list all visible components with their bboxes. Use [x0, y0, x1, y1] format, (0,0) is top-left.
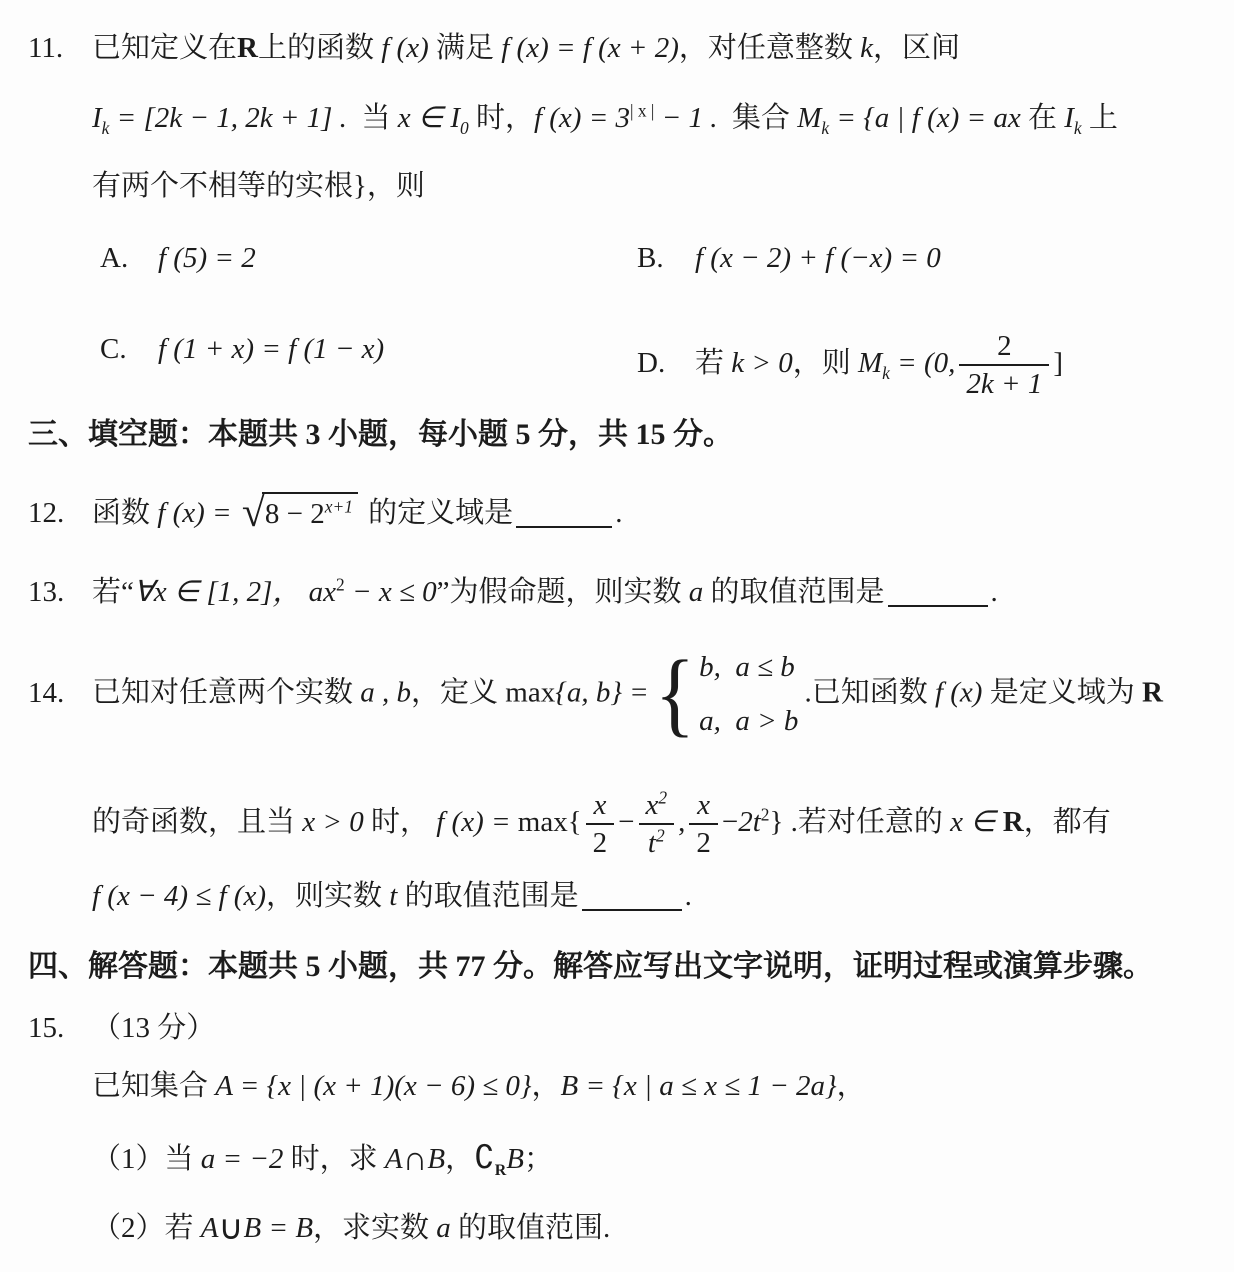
- q15-text-2: ，: [532, 1070, 561, 1102]
- q11-text-7: 时，: [469, 102, 534, 134]
- q14-text-4: 是定义域为: [982, 677, 1142, 709]
- q12-math-1: f (x) =: [157, 497, 239, 529]
- q13-line: 13.若“∀x ∈ [1, 2]， ax2 − x ≤ 0”为假命题，则实数 a…: [28, 574, 998, 610]
- math-expr: = {a | f (x) = ax: [829, 102, 1021, 134]
- math-expr: f (x) = f (x + 2): [501, 32, 679, 64]
- section-3-header: 三、填空题：本题共 3 小题，每小题 5 分，共 15 分。: [28, 416, 733, 454]
- q14-line-1: 14.已知对任意两个实数 a , b，定义 max{a, b} ={b, a ≤…: [28, 652, 1163, 738]
- superscript: 2: [658, 787, 667, 807]
- intersection-symbol: ∩: [403, 1141, 428, 1178]
- q15-math-1: A = {x | (x + 1)(x − 6) ≤ 0}: [215, 1070, 531, 1102]
- q11-text-8: 集合: [732, 102, 797, 134]
- q15-math-2: B = {x | a ≤ x ≤ 1 − 2a}: [561, 1070, 837, 1102]
- option-c-label: C.: [100, 331, 158, 367]
- q13-number: 13.: [28, 574, 92, 610]
- q13-math-1: ∀x ∈ [1, 2]， ax: [134, 576, 336, 608]
- q15-p2-text-3: 的取值范围.: [451, 1212, 611, 1244]
- option-a-math: f (5) = 2: [158, 242, 256, 274]
- answer-blank: [582, 906, 682, 911]
- q14-text-7: 若对任意的: [798, 806, 950, 838]
- radicand-exponent: x+1: [325, 496, 353, 516]
- q12-text-2: 的定义域是: [361, 497, 513, 529]
- complement-symbol: ∁: [474, 1140, 495, 1176]
- numerator-base: x: [646, 789, 659, 821]
- fraction-denominator: 2k + 1: [959, 366, 1049, 399]
- option-d-math-2: M: [858, 347, 882, 379]
- superscript: 2: [656, 826, 665, 846]
- complement-subscript: R: [495, 1162, 507, 1179]
- fraction: x2t2: [639, 790, 675, 859]
- section-3-title: 三、填空题：本题共 3 小题，每小题 5 分，共 15 分。: [28, 418, 733, 451]
- section-4-header: 四、解答题：本题共 5 小题，共 77 分。解答应写出文字说明，证明过程或演算步…: [28, 948, 1153, 986]
- piecewise-cases: {b, a ≤ ba, a > b: [655, 652, 799, 738]
- q11-line-3: 有两个不相等的实根}，则: [92, 168, 425, 204]
- q13-text-1: 若“: [92, 576, 134, 608]
- q15-body: 已知集合 A = {x | (x + 1)(x − 6) ≤ 0}，B = {x…: [92, 1068, 866, 1104]
- fraction: x2: [689, 790, 718, 859]
- q15-p2-math-1: A: [201, 1212, 219, 1244]
- q14-math-3: f (x): [935, 677, 983, 709]
- subscript: 0: [460, 118, 469, 138]
- q15-p1-math-2: A: [385, 1143, 403, 1175]
- q11-text-6: 当: [361, 102, 397, 134]
- fraction: 22k + 1: [959, 331, 1049, 400]
- subscript: k: [821, 118, 829, 138]
- q12-number: 12.: [28, 495, 92, 531]
- q15-header: 15.（13 分）: [28, 1010, 215, 1046]
- subscript: k: [1074, 118, 1082, 138]
- denominator-base: t: [648, 827, 656, 859]
- q13-period: .: [991, 576, 998, 608]
- q14-math-6: 2t: [738, 806, 761, 838]
- q11-text-5: ，区间: [873, 32, 960, 64]
- option-b-label: B.: [637, 240, 695, 276]
- q14-text-1: 已知对任意两个实数: [92, 677, 360, 709]
- q13-text-2: ”为假命题，则实数: [437, 576, 689, 608]
- q15-p1-text-1: （1）当: [92, 1143, 201, 1175]
- q11-text-1: 已知定义在: [92, 32, 237, 64]
- fraction-denominator: 2: [586, 825, 615, 858]
- q13-math-3: a: [689, 576, 704, 608]
- q12-period: .: [615, 497, 622, 529]
- case-rows: b, a ≤ ba, a > b: [699, 652, 798, 738]
- q15-p2-math-2: B = B: [244, 1212, 314, 1244]
- q11-text-4: ，对任意整数: [679, 32, 860, 64]
- option-c: C.f (1 + x) = f (1 − x): [100, 331, 384, 367]
- fraction-numerator: 2: [959, 331, 1049, 366]
- q15-part-1: （1）当 a = −2 时，求 A∩B，∁RB；: [92, 1138, 553, 1182]
- fraction-denominator: 2: [689, 825, 718, 858]
- q11-line-1: 11.已知定义在R上的函数 f (x) 满足 f (x) = f (x + 2)…: [28, 30, 960, 66]
- real-set-symbol: R: [1003, 806, 1024, 838]
- fraction-numerator: x: [689, 790, 718, 825]
- superscript: | x |: [630, 100, 654, 120]
- subscript: k: [882, 363, 890, 383]
- q14-text-5: 的奇函数，且当: [92, 806, 302, 838]
- fraction-denominator: t2: [639, 825, 675, 858]
- q11-text-3: 满足: [429, 32, 502, 64]
- q14-math-9: f (x − 4) ≤ f (x): [92, 880, 266, 912]
- option-d-math-3: = (0,: [890, 347, 955, 379]
- fraction-numerator: x: [586, 790, 615, 825]
- math-expr: f (x) = 3: [534, 102, 630, 134]
- option-b-math: f (x − 2) + f (−x) = 0: [695, 242, 941, 274]
- q14-math-7: } .: [769, 806, 797, 838]
- q15-score: （13 分）: [92, 1012, 215, 1044]
- q15-text-1: 已知集合: [92, 1070, 215, 1102]
- q14-line-2: 的奇函数，且当 x > 0 时， f (x) = max{x2−x2t2,x2−…: [92, 790, 1111, 859]
- q14-text-6: 时，: [364, 806, 437, 838]
- section-4-title: 四、解答题：本题共 5 小题，共 77 分。解答应写出文字说明，证明过程或演算步…: [28, 950, 1153, 983]
- q15-p2-math-3: a: [436, 1212, 451, 1244]
- superscript: 2: [336, 574, 345, 594]
- q15-p1-text-4: ；: [524, 1143, 553, 1175]
- q13-text-3: 的取值范围是: [703, 576, 884, 608]
- case-row-1: b, a ≤ b: [699, 652, 798, 684]
- answer-blank: [888, 602, 988, 607]
- max-operator: max{: [518, 806, 582, 838]
- q15-part-2: （2）若 A∪B = B，求实数 a 的取值范围.: [92, 1208, 610, 1251]
- option-d-math-1: k > 0: [731, 347, 792, 379]
- math-expr: f (x): [381, 32, 429, 64]
- q14-math-8: x ∈: [950, 806, 1003, 838]
- q14-text-3: .已知函数: [804, 677, 935, 709]
- q15-p2-text-2: ，求实数: [313, 1212, 436, 1244]
- math-expr: = [2k − 1, 2k + 1] .: [109, 102, 361, 134]
- q14-text-10: 的取值范围是: [397, 880, 578, 912]
- option-b: B.f (x − 2) + f (−x) = 0: [637, 240, 941, 276]
- option-d-math-4: ]: [1053, 347, 1063, 379]
- option-d: D.若 k > 0，则 Mk = (0,22k + 1]: [637, 331, 1063, 400]
- q14-text-2: ，定义: [411, 677, 505, 709]
- option-d-text-1: 若: [695, 347, 731, 379]
- q14-math-2: {a, b} =: [555, 677, 649, 709]
- q15-p1-text-3: ，: [445, 1143, 474, 1175]
- q11-text-10: 上: [1082, 102, 1118, 134]
- q14-line-3: f (x − 4) ≤ f (x)，则实数 t 的取值范围是.: [92, 878, 692, 914]
- fraction: x2: [586, 790, 615, 859]
- q14-text-8: ，都有: [1024, 806, 1111, 838]
- option-a-label: A.: [100, 240, 158, 276]
- radicand: 8 − 2x+1: [262, 492, 358, 532]
- q13-math-2: − x ≤ 0: [345, 576, 437, 608]
- minus-sign: −: [722, 806, 738, 838]
- left-brace: {: [655, 650, 695, 739]
- q14-math-4: x > 0: [302, 806, 363, 838]
- minus-sign: −: [618, 806, 634, 838]
- max-operator: max: [505, 677, 555, 709]
- comma: ,: [678, 806, 685, 838]
- q14-math-1: a , b: [360, 677, 411, 709]
- answer-blank: [516, 523, 612, 528]
- q14-period: .: [685, 880, 692, 912]
- q11-number: 11.: [28, 30, 92, 66]
- q15-number: 15.: [28, 1010, 92, 1046]
- q12-text-1: 函数: [92, 497, 157, 529]
- exam-paper-page: 11.已知定义在R上的函数 f (x) 满足 f (x) = f (x + 2)…: [0, 0, 1234, 1272]
- math-expr: x ∈ I: [398, 102, 460, 134]
- q15-p1-math-4: B: [506, 1143, 524, 1175]
- q11-text-2: 上的函数: [258, 32, 381, 64]
- q11-line-2: Ik = [2k − 1, 2k + 1] . 当 x ∈ I0 时，f (x)…: [92, 100, 1118, 136]
- q15-p1-math-3: B: [427, 1143, 445, 1175]
- math-expr: M: [797, 102, 821, 134]
- q11-text-9: 在: [1021, 102, 1065, 134]
- math-expr: − 1 .: [654, 102, 732, 134]
- case-row-2: a, a > b: [699, 706, 798, 738]
- option-c-math: f (1 + x) = f (1 − x): [158, 333, 384, 365]
- option-a: A.f (5) = 2: [100, 240, 256, 276]
- fraction-numerator: x2: [639, 790, 675, 825]
- real-set-symbol: R: [237, 32, 258, 64]
- q14-number: 14.: [28, 675, 92, 711]
- q15-text-3: ，: [837, 1070, 866, 1102]
- math-expr: I: [92, 102, 102, 134]
- option-d-text-2: ，则: [793, 347, 858, 379]
- math-expr: k: [860, 32, 873, 64]
- radicand-base: 8 − 2: [265, 498, 325, 530]
- q14-text-9: ，则实数: [266, 880, 389, 912]
- q12-line: 12.函数 f (x) = √8 − 2x+1 的定义域是.: [28, 492, 622, 534]
- q11-text-11: 有两个不相等的实根}，则: [92, 170, 425, 202]
- sqrt-radical: √8 − 2x+1: [242, 492, 358, 534]
- q15-p2-text-1: （2）若: [92, 1212, 201, 1244]
- real-set-symbol: R: [1142, 677, 1163, 709]
- q14-math-5: f (x) =: [436, 806, 518, 838]
- q15-p1-math-1: a = −2: [201, 1143, 284, 1175]
- q15-p1-text-2: 时，求: [283, 1143, 385, 1175]
- union-symbol: ∪: [218, 1210, 243, 1247]
- math-expr: I: [1064, 102, 1074, 134]
- option-d-label: D.: [637, 345, 695, 381]
